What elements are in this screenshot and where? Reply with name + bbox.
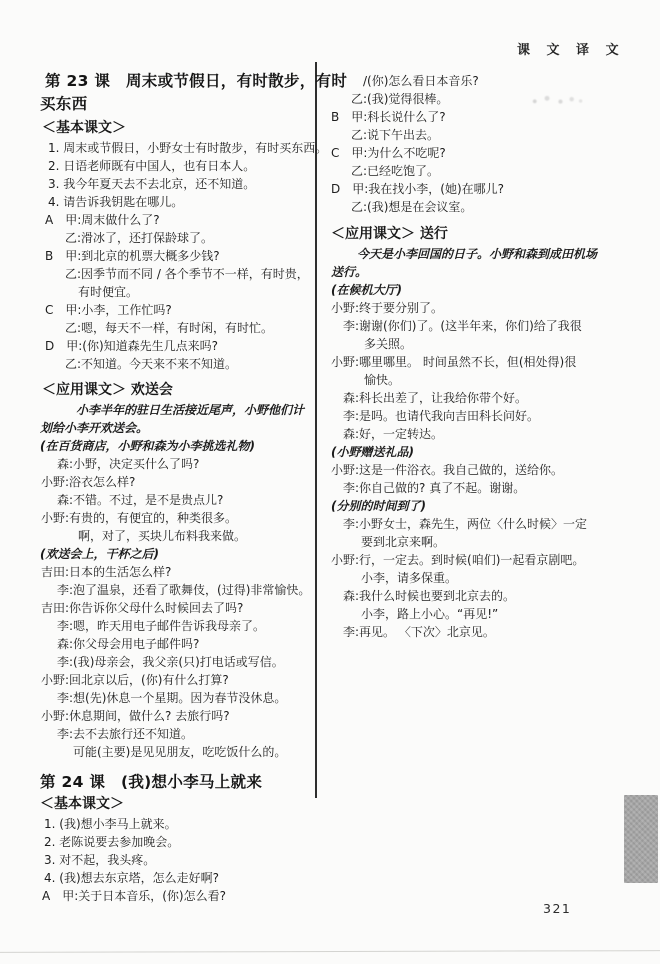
right-text-column: /(你)怎么看日本音乐?乙:(我)觉得很棒。B 甲:科长说什么了?乙:说下午出去… bbox=[331, 72, 649, 641]
section-heading: ＜应用课文＞ 送行 bbox=[331, 224, 649, 245]
stage-direction: (在百货商店，小野和森为小李挑选礼物) bbox=[40, 437, 318, 455]
intro-line: 小李半年的驻日生活接近尾声，小野他们计 bbox=[40, 401, 318, 419]
page-number: 321 bbox=[543, 901, 571, 916]
section-heading: ＜基本课文＞ bbox=[40, 118, 318, 139]
text-line: C 甲:为什么不吃呢? bbox=[331, 144, 649, 162]
text-line: 乙:说下午出去。 bbox=[331, 126, 649, 144]
text-line: 小野:有贵的，有便宜的，种类很多。 bbox=[40, 509, 318, 527]
text-line: 吉田:你告诉你父母什么时候回去了吗? bbox=[40, 599, 318, 617]
stage-direction: (分别的时间到了) bbox=[331, 497, 649, 515]
text-line: /(你)怎么看日本音乐? bbox=[331, 72, 649, 90]
text-line: 4. (我)想去东京塔，怎么走好啊? bbox=[40, 869, 318, 887]
text-line: 李:小野女士，森先生，两位〈什么时候〉一定 bbox=[331, 515, 649, 533]
text-line: 李:再见。 〈下次〉北京见。 bbox=[331, 623, 649, 641]
text-line: 1. 周末或节假日，小野女士有时散步，有时买东西。 bbox=[40, 139, 318, 157]
text-line: A 甲:周末做什么了? bbox=[40, 211, 318, 229]
intro-line: 划给小李开欢送会。 bbox=[40, 419, 318, 437]
text-line: 小野:浴衣怎么样? bbox=[40, 473, 318, 491]
text-line: 3. 我今年夏天去不去北京，还不知道。 bbox=[40, 175, 318, 193]
text-line: C 甲:小李，工作忙吗? bbox=[40, 301, 318, 319]
text-line: 李:是吗。也请代我向吉田科长问好。 bbox=[331, 407, 649, 425]
text-line: 乙:不知道。今天来不来不知道。 bbox=[40, 355, 318, 373]
scanned-textbook-page: 课 文 译 文 第 23 课 周末或节假日，有时散步，有时买东西＜基本课文＞1.… bbox=[0, 0, 660, 964]
text-line: 乙:(我)觉得很棒。 bbox=[331, 90, 649, 108]
left-text-column: 第 23 课 周末或节假日，有时散步，有时买东西＜基本课文＞1. 周末或节假日，… bbox=[40, 70, 318, 905]
text-line: 森:我什么时候也要到北京去的。 bbox=[331, 587, 649, 605]
text-line: 愉快。 bbox=[331, 371, 649, 389]
text-line: 森:你父母会用电子邮件吗? bbox=[40, 635, 318, 653]
text-line: 乙:已经吃饱了。 bbox=[331, 162, 649, 180]
scan-bottom-edge-line bbox=[0, 950, 660, 953]
scan-gray-tab-artifact bbox=[624, 795, 658, 883]
section-heading: ＜应用课文＞ 欢送会 bbox=[40, 380, 318, 401]
text-line: 小野:哪里哪里。 时间虽然不长，但(相处得)很 bbox=[331, 353, 649, 371]
text-line: 李:谢谢(你们)了。(这半年来，你们)给了我很 bbox=[331, 317, 649, 335]
text-line: B 甲:到北京的机票大概多少钱? bbox=[40, 247, 318, 265]
text-line: 森:好，一定转达。 bbox=[331, 425, 649, 443]
text-line: 小野:行，一定去。到时候(咱们)一起看京剧吧。 bbox=[331, 551, 649, 569]
text-line: 小野:终于要分别了。 bbox=[331, 299, 649, 317]
stage-direction: (在候机大厅) bbox=[331, 281, 649, 299]
text-line: 2. 老陈说要去参加晚会。 bbox=[40, 833, 318, 851]
text-line: A 甲:关于日本音乐，(你)怎么看? bbox=[40, 887, 318, 905]
text-line: 乙:因季节而不同 / 各个季节不一样，有时贵， bbox=[40, 265, 318, 283]
text-line: D 甲:我在找小李，(她)在哪儿? bbox=[331, 180, 649, 198]
lesson-title: 第 24 课 (我)想小李马上就来 bbox=[40, 771, 318, 794]
text-line: 小野:休息期间，做什么? 去旅行吗? bbox=[40, 707, 318, 725]
text-line: 可能(主要)是见见朋友，吃吃饭什么的。 bbox=[40, 743, 318, 761]
text-line: 李:去不去旅行还不知道。 bbox=[40, 725, 318, 743]
text-line: 李:想(先)休息一个星期。因为春节没休息。 bbox=[40, 689, 318, 707]
text-line: 李:泡了温泉，还看了歌舞伎，(过得)非常愉快。 bbox=[40, 581, 318, 599]
text-line: 乙:滑冰了，还打保龄球了。 bbox=[40, 229, 318, 247]
stage-direction: (欢送会上，干杯之后) bbox=[40, 545, 318, 563]
intro-line: 送行。 bbox=[331, 263, 649, 281]
text-line: 3. 对不起，我头疼。 bbox=[40, 851, 318, 869]
text-line: 2. 日语老师既有中国人，也有日本人。 bbox=[40, 157, 318, 175]
text-line: 森:不错。不过，是不是贵点儿? bbox=[40, 491, 318, 509]
stage-direction: (小野赠送礼品) bbox=[331, 443, 649, 461]
text-line: 森:小野，决定买什么了吗? bbox=[40, 455, 318, 473]
intro-line: 今天是小李回国的日子。小野和森到成田机场 bbox=[331, 245, 649, 263]
text-line: 乙:嗯，每天不一样，有时闲，有时忙。 bbox=[40, 319, 318, 337]
section-heading: ＜基本课文＞ bbox=[40, 794, 318, 815]
text-line: 李:嗯，昨天用电子邮件告诉我母亲了。 bbox=[40, 617, 318, 635]
text-line: 李:(我)母亲会，我父亲(只)打电话或写信。 bbox=[40, 653, 318, 671]
text-line: 4. 请告诉我钥匙在哪儿。 bbox=[40, 193, 318, 211]
text-line: 乙:(我)想是在会议室。 bbox=[331, 198, 649, 216]
text-line: B 甲:科长说什么了? bbox=[331, 108, 649, 126]
text-line: 有时便宜。 bbox=[40, 283, 318, 301]
text-line: 小李，路上小心。“再见!” bbox=[331, 605, 649, 623]
text-line: 小野:回北京以后，(你)有什么打算? bbox=[40, 671, 318, 689]
text-line: D 甲:(你)知道森先生几点来吗? bbox=[40, 337, 318, 355]
page-header-title: 课 文 译 文 bbox=[517, 39, 625, 58]
text-line: 森:科长出差了，让我给你带个好。 bbox=[331, 389, 649, 407]
lesson-title: 买东西 bbox=[40, 93, 318, 116]
text-line: 啊，对了，买块儿布料我来做。 bbox=[40, 527, 318, 545]
text-line: 小李，请多保重。 bbox=[331, 569, 649, 587]
text-line: 多关照。 bbox=[331, 335, 649, 353]
text-line: 要到北京来啊。 bbox=[331, 533, 649, 551]
text-line: 李:你自己做的? 真了不起。谢谢。 bbox=[331, 479, 649, 497]
text-line: 吉田:日本的生活怎么样? bbox=[40, 563, 318, 581]
lesson-title: 第 23 课 周末或节假日，有时散步，有时 bbox=[40, 70, 318, 93]
text-line: 小野:这是一件浴衣。我自己做的，送给你。 bbox=[331, 461, 649, 479]
text-line: 1. (我)想小李马上就来。 bbox=[40, 815, 318, 833]
